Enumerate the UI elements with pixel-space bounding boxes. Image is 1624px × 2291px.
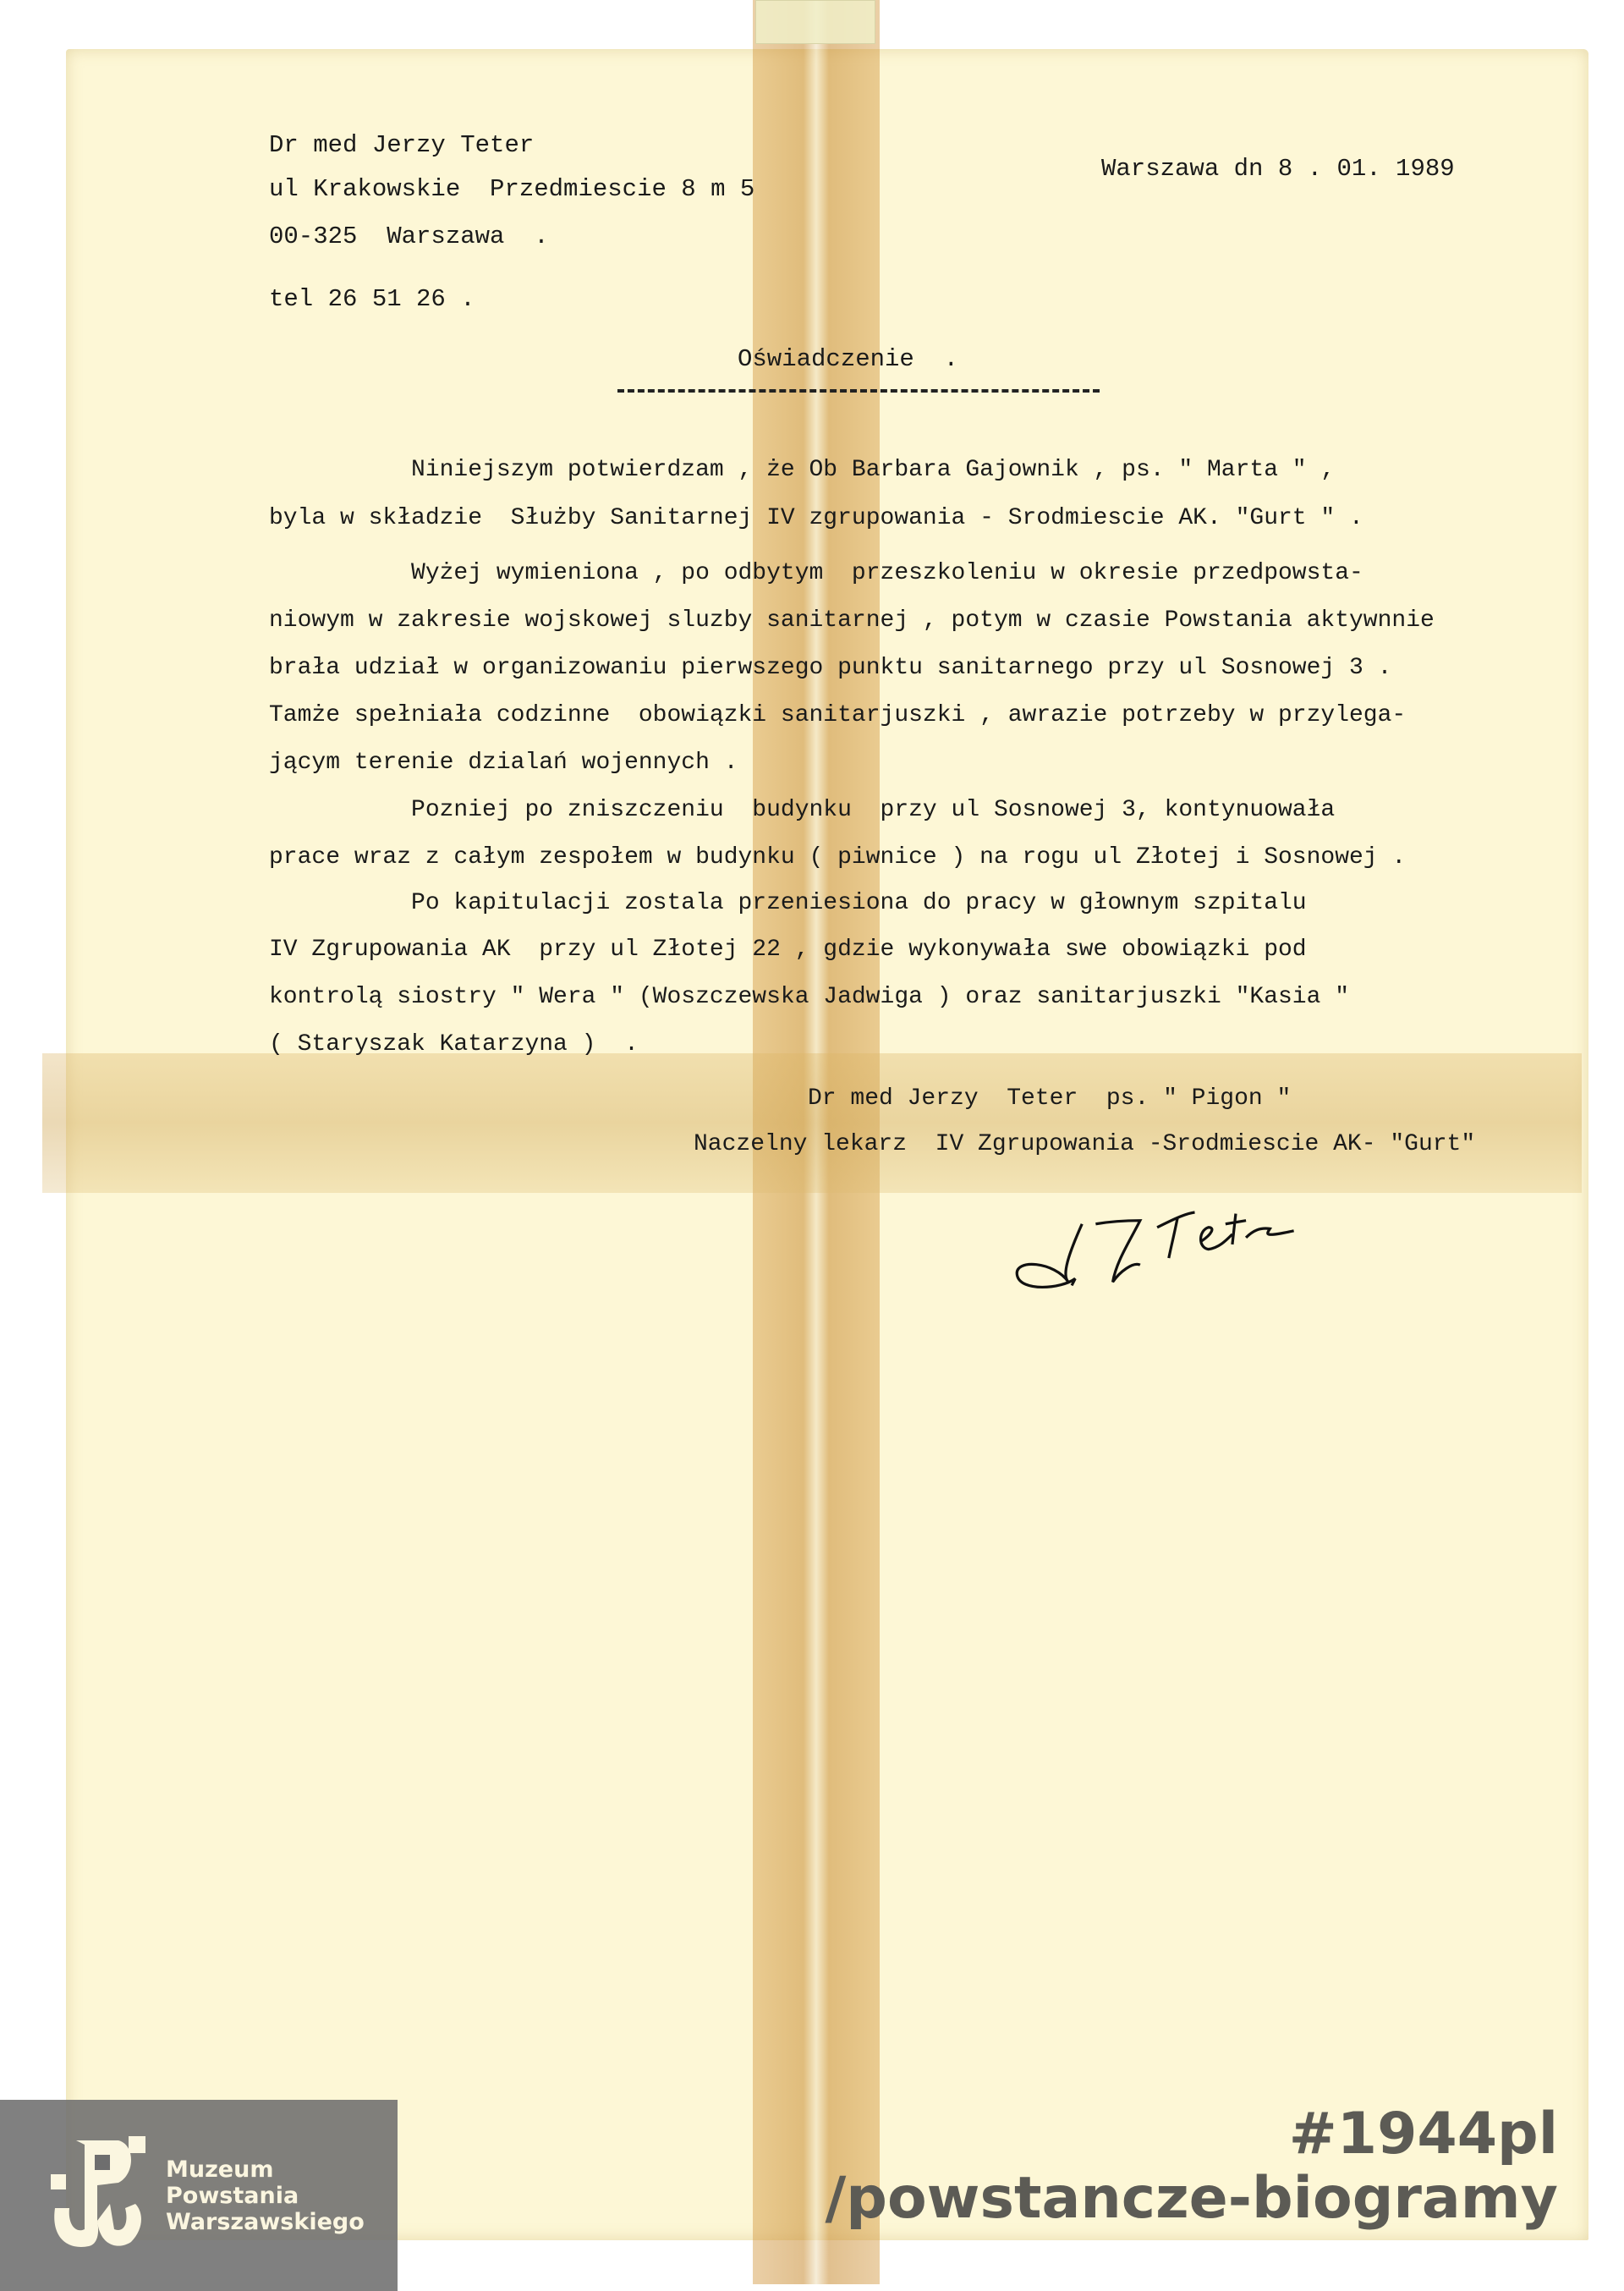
signatory-role: Naczelny lekarz IV Zgrupowania -Srodmies… — [694, 1131, 1475, 1157]
hashtag-text: #1944pl — [825, 2102, 1558, 2167]
campaign-watermark: #1944pl /powstancze-biogramy — [825, 2102, 1558, 2231]
sender-address: ul Krakowskie Przedmiescie 8 m 5 — [269, 175, 754, 203]
place-date: Warszawa dn 8 . 01. 1989 — [1101, 155, 1455, 183]
body-line: jącym terenie dzialań wojennych . — [269, 750, 738, 776]
title-underline — [617, 389, 1100, 393]
body-line: prace wraz z całym zespołem w budynku ( … — [269, 844, 1406, 871]
body-line: Po kapitulacji zostala przeniesiona do p… — [269, 890, 1307, 916]
museum-watermark: Muzeum Powstania Warszawskiego — [0, 2100, 398, 2291]
document-title: Oświadczenie . — [738, 345, 958, 373]
signatory-name: Dr med Jerzy Teter ps. " Pigon " — [808, 1085, 1291, 1112]
body-line: ( Staryszak Katarzyna ) . — [269, 1031, 639, 1058]
museum-name-line: Warszawskiego — [166, 2209, 365, 2235]
handwritten-signature — [973, 1184, 1328, 1311]
body-line: Tamże spełniała codzinne obowiązki sanit… — [269, 702, 1406, 728]
kotwica-logo-icon — [51, 2136, 152, 2255]
tape-piece-top — [755, 0, 875, 44]
body-line: kontrolą siostry " Wera " (Woszczewska J… — [269, 984, 1349, 1010]
body-line: IV Zgrupowania AK przy ul Złotej 22 , gd… — [269, 937, 1307, 963]
body-line: byla w składzie Służby Sanitarnej IV zgr… — [269, 505, 1363, 531]
body-line: Wyżej wymieniona , po odbytym przeszkole… — [269, 560, 1363, 586]
body-line: Pozniej po zniszczeniu budynku przy ul S… — [269, 797, 1335, 823]
tape-stain-horizontal — [42, 1053, 1582, 1193]
path-text: /powstancze-biogramy — [825, 2167, 1558, 2231]
sender-city: 00-325 Warszawa . — [269, 223, 549, 250]
body-line: brała udział w organizowaniu pierwszego … — [269, 655, 1391, 681]
museum-name-line: Muzeum — [166, 2156, 365, 2183]
body-line: Niniejszym potwierdzam , że Ob Barbara G… — [269, 457, 1335, 483]
sender-name: Dr med Jerzy Teter — [269, 131, 534, 159]
body-line: niowym w zakresie wojskowej sluzby sanit… — [269, 607, 1435, 634]
sender-phone: tel 26 51 26 . — [269, 285, 475, 313]
museum-name-line: Powstania — [166, 2183, 365, 2209]
